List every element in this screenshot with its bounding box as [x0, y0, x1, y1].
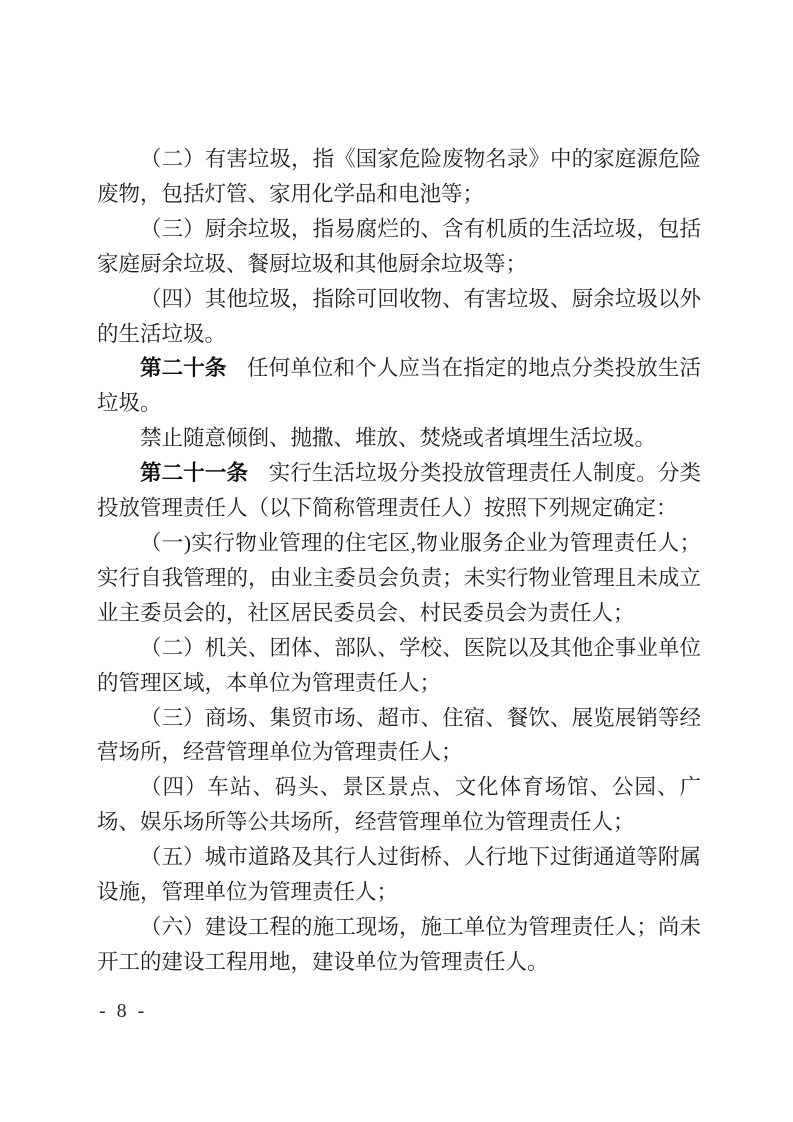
paragraph-item-6-construction: （六）建设工程的施工现场，施工单位为管理责任人；尚未开工的建设工程用地，建设单位… [97, 910, 701, 980]
paragraph-item-1-residential: （一)实行物业管理的住宅区,物业服务企业为管理责任人；实行自我管理的，由业主委员… [97, 526, 701, 631]
document-body: （二）有害垃圾，指《国家危险废物名录》中的家庭源危险废物，包括灯管、家用化学品和… [97, 142, 701, 980]
paragraph-article-20-clause-2: 禁止随意倾倒、抛撒、堆放、焚烧或者填埋生活垃圾。 [97, 421, 701, 456]
paragraph-article-21: 第二十一条实行生活垃圾分类投放管理责任人制度。分类投放管理责任人（以下简称管理责… [97, 456, 701, 526]
document-page: （二）有害垃圾，指《国家危险废物名录》中的家庭源危险废物，包括灯管、家用化学品和… [0, 0, 793, 1122]
paragraph-item-2-hazardous-waste: （二）有害垃圾，指《国家危险废物名录》中的家庭源危险废物，包括灯管、家用化学品和… [97, 142, 701, 212]
article-20-number: 第二十条 [140, 356, 227, 380]
paragraph-item-2-institutions: （二）机关、团体、部队、学校、医院以及其他企事业单位的管理区域，本单位为管理责任… [97, 631, 701, 701]
paragraph-article-20: 第二十条任何单位和个人应当在指定的地点分类投放生活垃圾。 [97, 351, 701, 421]
paragraph-item-3-commercial: （三）商场、集贸市场、超市、住宿、餐饮、展览展销等经营场所，经营管理单位为管理责… [97, 701, 701, 771]
page-number: - 8 - [99, 1000, 147, 1023]
paragraph-item-5-roads: （五）城市道路及其行人过街桥、人行地下过街通道等附属设施，管理单位为管理责任人； [97, 840, 701, 910]
paragraph-item-4-public-places: （四）车站、码头、景区景点、文化体育场馆、公园、广场、娱乐场所等公共场所，经营管… [97, 770, 701, 840]
article-21-number: 第二十一条 [140, 461, 248, 485]
paragraph-item-3-kitchen-waste: （三）厨余垃圾，指易腐烂的、含有机质的生活垃圾，包括家庭厨余垃圾、餐厨垃圾和其他… [97, 212, 701, 282]
paragraph-item-4-other-waste: （四）其他垃圾，指除可回收物、有害垃圾、厨余垃圾以外的生活垃圾。 [97, 282, 701, 352]
